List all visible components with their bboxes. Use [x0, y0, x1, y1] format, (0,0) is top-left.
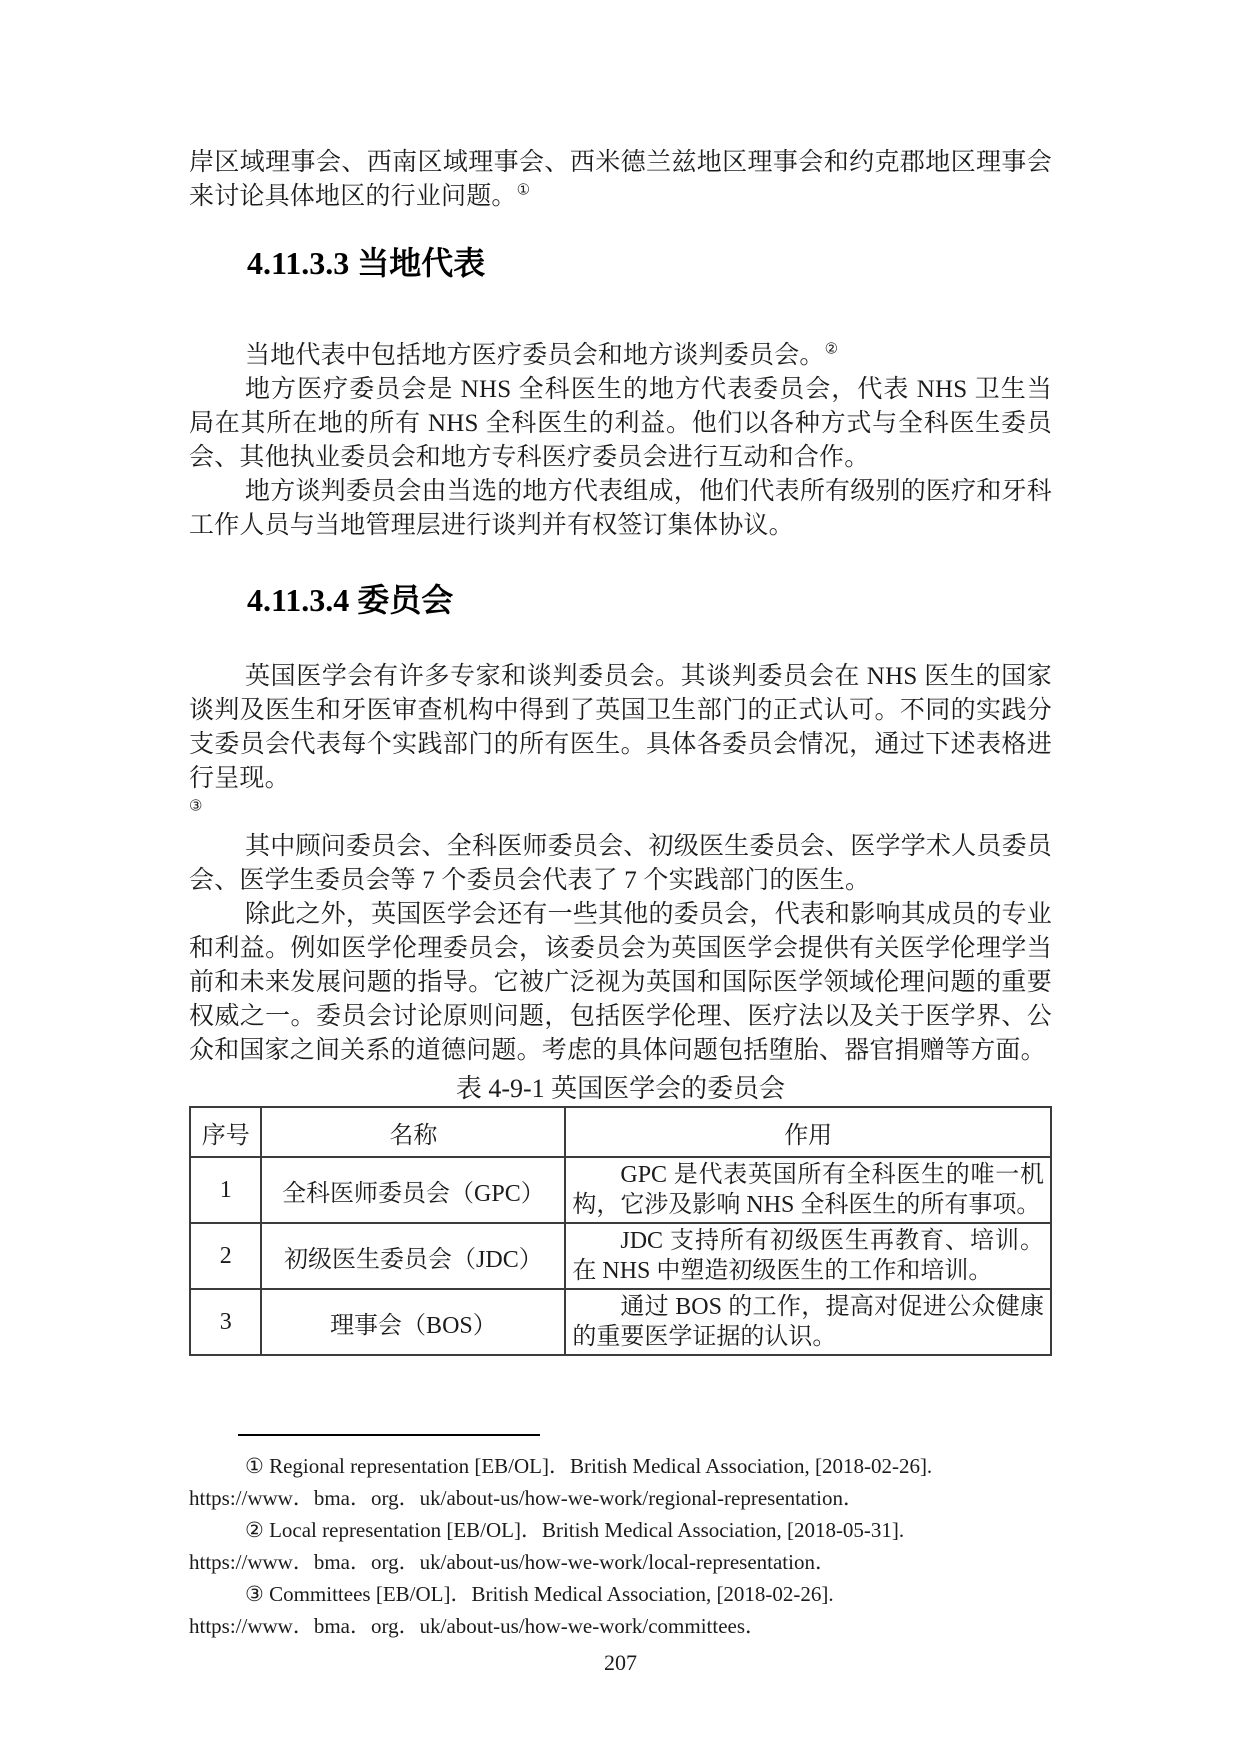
continuation-paragraph: 岸区域理事会、西南区域理事会、西米德兰兹地区理事会和约克郡地区理事会来讨论具体地…	[189, 146, 1052, 214]
col-header-number: 序号	[190, 1107, 261, 1157]
paragraph: 英国医学会有许多专家和谈判委员会。其谈判委员会在 NHS 医生的国家谈判及医生和…	[189, 660, 1052, 796]
col-header-name: 名称	[261, 1107, 565, 1157]
paragraph: 其中顾问委员会、全科医师委员会、初级医生委员会、医学学术人员委员会、医学生委员会…	[189, 830, 1052, 898]
row-number: 1	[190, 1157, 261, 1223]
section-heading-4-11-3-3: 4.11.3.3 当地代表	[247, 242, 1052, 285]
page-number: 207	[189, 1648, 1052, 1678]
footnote-marker-2: ②	[825, 342, 839, 358]
paragraph: 除此之外，英国医学会还有一些其他的委员会，代表和影响其成员的专业和利益。例如医学…	[189, 898, 1052, 1068]
footnote-marker-3-line: ③	[189, 796, 1052, 830]
paragraph: 地方谈判委员会由当选的地方代表组成，他们代表所有级别的医疗和牙科工作人员与当地管…	[189, 475, 1052, 543]
table-row: 3 理事会（BOS） 通过 BOS 的工作，提高对促进公众健康的重要医学证据的认…	[190, 1289, 1051, 1355]
committee-name: 全科医师委员会（GPC）	[261, 1157, 565, 1223]
footnote-url: https://www．bma．org．uk/about-us/how-we-w…	[189, 1482, 1052, 1514]
footnotes-block: ① Regional representation [EB/OL]．Britis…	[189, 1450, 1052, 1642]
row-number: 2	[190, 1223, 261, 1289]
row-number: 3	[190, 1289, 261, 1355]
table-row: 2 初级医生委员会（JDC） JDC 支持所有初级医生再教育、培训。在 NHS …	[190, 1223, 1051, 1289]
footnote-reference: ① Regional representation [EB/OL]．Britis…	[189, 1450, 1052, 1482]
committee-name: 理事会（BOS）	[261, 1289, 565, 1355]
document-page: 岸区域理事会、西南区域理事会、西米德兰兹地区理事会和约克郡地区理事会来讨论具体地…	[0, 0, 1240, 1753]
paragraph-text: 当地代表中包括地方医疗委员会和地方谈判委员会。	[245, 342, 825, 369]
committee-role: GPC 是代表英国所有全科医生的唯一机构，它涉及影响 NHS 全科医生的所有事项…	[565, 1157, 1051, 1223]
footnote-url: https://www．bma．org．uk/about-us/how-we-w…	[189, 1610, 1052, 1642]
committee-role: JDC 支持所有初级医生再教育、培训。在 NHS 中塑造初级医生的工作和培训。	[565, 1223, 1051, 1289]
col-header-role: 作用	[565, 1107, 1051, 1157]
footnote-separator	[238, 1434, 540, 1436]
committee-name: 初级医生委员会（JDC）	[261, 1223, 565, 1289]
footnote-url: https://www．bma．org．uk/about-us/how-we-w…	[189, 1546, 1052, 1578]
paragraph: 当地代表中包括地方医疗委员会和地方谈判委员会。②	[189, 339, 1052, 373]
table-caption: 表 4-9-1 英国医学会的委员会	[189, 1074, 1052, 1104]
table-row: 1 全科医师委员会（GPC） GPC 是代表英国所有全科医生的唯一机构，它涉及影…	[190, 1157, 1051, 1223]
committees-table: 序号 名称 作用 1 全科医师委员会（GPC） GPC 是代表英国所有全科医生的…	[189, 1106, 1052, 1356]
paragraph: 地方医疗委员会是 NHS 全科医生的地方代表委员会，代表 NHS 卫生当局在其所…	[189, 373, 1052, 475]
footnote-reference: ② Local representation [EB/OL]．British M…	[189, 1514, 1052, 1546]
footnote-marker-1: ①	[517, 183, 531, 199]
paragraph-text: 岸区域理事会、西南区域理事会、西米德兰兹地区理事会和约克郡地区理事会来讨论具体地…	[189, 149, 1052, 210]
footnote-marker-3: ③	[189, 799, 202, 815]
table-header-row: 序号 名称 作用	[190, 1107, 1051, 1157]
footnote-reference: ③ Committees [EB/OL]．British Medical Ass…	[189, 1578, 1052, 1610]
committee-role: 通过 BOS 的工作，提高对促进公众健康的重要医学证据的认识。	[565, 1289, 1051, 1355]
section-heading-4-11-3-4: 4.11.3.4 委员会	[247, 579, 1052, 622]
